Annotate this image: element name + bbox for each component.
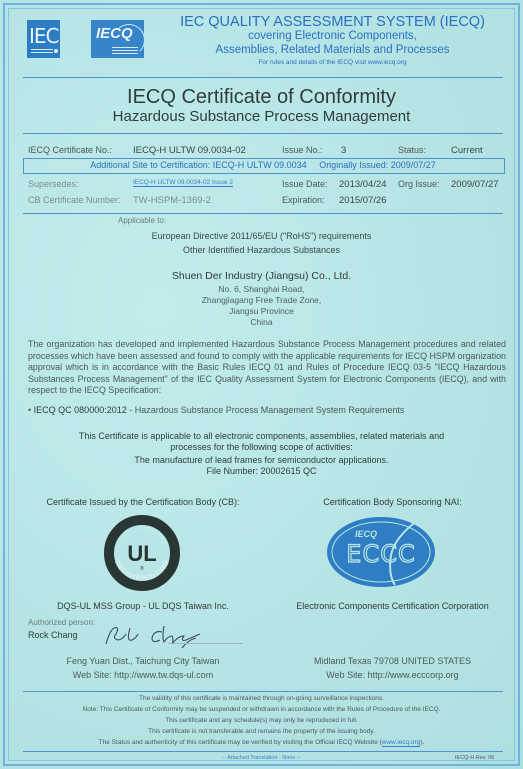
issue-date-value: 2013/04/24: [339, 179, 387, 190]
specification-description: - Hazardous Substance Process Management…: [127, 405, 405, 415]
scope-line-2: processes for the following scope of act…: [0, 442, 523, 452]
logo-dot: [54, 49, 58, 53]
footer-verify-line: The Status and authenticity of this cert…: [0, 739, 523, 746]
sponsor-label: Certification Body Sponsoring NAI:: [280, 497, 505, 507]
footer-line: The validity of this certificate is main…: [0, 695, 523, 702]
expiration-label: Expiration:: [282, 195, 325, 205]
svg-text:UL: UL: [127, 541, 156, 566]
divider: [23, 77, 503, 78]
scope-activity: The manufacture of lead frames for semic…: [0, 455, 523, 465]
status-value: Current: [451, 145, 483, 156]
logo-arc: [113, 24, 145, 56]
additional-site-label: Additional Site to Certification:: [90, 160, 210, 170]
file-number: File Number: 20002615 QC: [0, 466, 523, 476]
applicable-item: European Directive 2011/65/EU ("RoHS") r…: [0, 231, 523, 241]
specification-code: IECQ QC 080000:2012: [34, 405, 127, 415]
cert-no-value: IECQ-H ULTW 09.0034-02: [133, 145, 246, 156]
org-issue-label: Org Issue:: [398, 179, 440, 189]
covering-line-1: covering Electronic Components,: [160, 30, 505, 42]
eccc-logo: IECQ ECCC: [325, 515, 437, 589]
footer-line: This certificate is not transferable and…: [0, 728, 523, 735]
certificate-subtitle: Hazardous Substance Process Management: [0, 108, 523, 125]
address-line: Zhangjiagang Free Trade Zone,: [0, 295, 523, 305]
sponsor-website[interactable]: Web Site: http://www.ecccorp.org: [280, 670, 505, 680]
scope-line-1: This Certificate is applicable to all el…: [0, 431, 523, 441]
originally-issued-value: 2009/07/27: [391, 160, 436, 170]
svg-text:IECQ: IECQ: [355, 529, 377, 539]
additional-site-value: IECQ-H ULTW 09.0034: [213, 160, 307, 170]
divider: [23, 691, 503, 692]
logo-line: [112, 47, 138, 48]
iecq-logo: IECQ: [91, 20, 144, 58]
logo-line: [112, 50, 138, 51]
supersedes-link[interactable]: IECQ-H ULTW 09.0034-02 Issue 2: [133, 179, 233, 187]
ul-registered-firm-logo: UL ® REGISTERED FIRM: [104, 515, 180, 591]
cb-number-label: CB Certificate Number:: [28, 195, 121, 205]
sponsor-name: Electronic Components Certification Corp…: [280, 601, 505, 611]
org-issue-value: 2009/07/27: [451, 179, 499, 190]
issue-no-label: Issue No.:: [282, 145, 323, 155]
conformity-statement: The organization has developed and imple…: [28, 339, 506, 397]
verify-end: ).: [420, 739, 424, 746]
certificate-page: IEC IECQ IEC QUALITY ASSESSMENT SYSTEM (…: [0, 0, 523, 769]
attached-translation: -- Attached Translation - None --: [0, 755, 523, 761]
originally-issued-label: Originally Issued:: [319, 160, 388, 170]
sponsor-city: Midland Texas 79708 UNITED STATES: [280, 656, 505, 666]
issuer-city: Feng Yuan Dist., Taichung City Taiwan: [28, 656, 258, 666]
address-line: No. 6, Shanghai Road,: [0, 284, 523, 294]
additional-site-line: Additional Site to Certification: IECQ-H…: [23, 160, 503, 170]
iec-logo: IEC: [27, 20, 60, 58]
cb-number-value: TW-HSPM-1369-2: [133, 195, 211, 206]
svg-text:ECCC: ECCC: [346, 540, 415, 568]
issue-date-label: Issue Date:: [282, 179, 328, 189]
cert-no-label: IECQ Certificate No.:: [28, 145, 112, 155]
address-line: China: [0, 317, 523, 327]
rules-note: For rules and details of the IECQ visit …: [160, 59, 505, 66]
status-label: Status:: [398, 145, 426, 155]
divider: [23, 751, 503, 752]
certificate-title: IECQ Certificate of Conformity: [0, 86, 523, 109]
verify-text: The Status and authenticity of this cert…: [99, 739, 382, 746]
issuer-name: DQS-UL MSS Group - UL DQS Taiwan Inc.: [28, 601, 258, 611]
system-title: IEC QUALITY ASSESSMENT SYSTEM (IECQ): [160, 14, 505, 30]
applicable-label: Applicable to:: [118, 216, 166, 225]
footer-line: This certificate and any schedule(s) may…: [0, 717, 523, 724]
expiration-value: 2015/07/26: [339, 195, 387, 206]
bullet: •: [28, 405, 31, 415]
iecq-website-link[interactable]: www.iecq.org: [382, 739, 421, 747]
signature-line: [168, 643, 243, 644]
applicable-item: Other Identified Hazardous Substances: [0, 245, 523, 255]
covering-line-2: Assemblies, Related Materials and Proces…: [160, 44, 505, 56]
supersedes-label: Supersedes:: [28, 179, 79, 189]
authorized-name: Rock Chang: [28, 630, 78, 640]
logo-line: [31, 52, 53, 53]
divider: [23, 213, 503, 214]
footer-line: Note: This Certificate of Conformity may…: [0, 706, 523, 713]
organization-name: Shuen Der Industry (Jiangsu) Co., Ltd.: [0, 270, 523, 282]
issuer-website[interactable]: Web Site: http://www.tw.dqs-ul.com: [28, 670, 258, 680]
specification-line: • IECQ QC 080000:2012 - Hazardous Substa…: [28, 405, 404, 415]
signature: [100, 622, 245, 650]
logo-line: [31, 49, 53, 50]
issuer-label: Certificate Issued by the Certification …: [28, 497, 258, 507]
iec-logo-text: IEC: [29, 24, 59, 48]
address-line: Jiangsu Province: [0, 306, 523, 316]
issue-no-value: 3: [341, 145, 346, 156]
divider: [23, 133, 503, 134]
svg-text:®: ®: [140, 565, 144, 572]
authorized-label: Authorized person:: [28, 618, 95, 627]
revision-code: IECQ-H Rev. 06: [455, 755, 494, 761]
logo-line: [112, 53, 138, 54]
